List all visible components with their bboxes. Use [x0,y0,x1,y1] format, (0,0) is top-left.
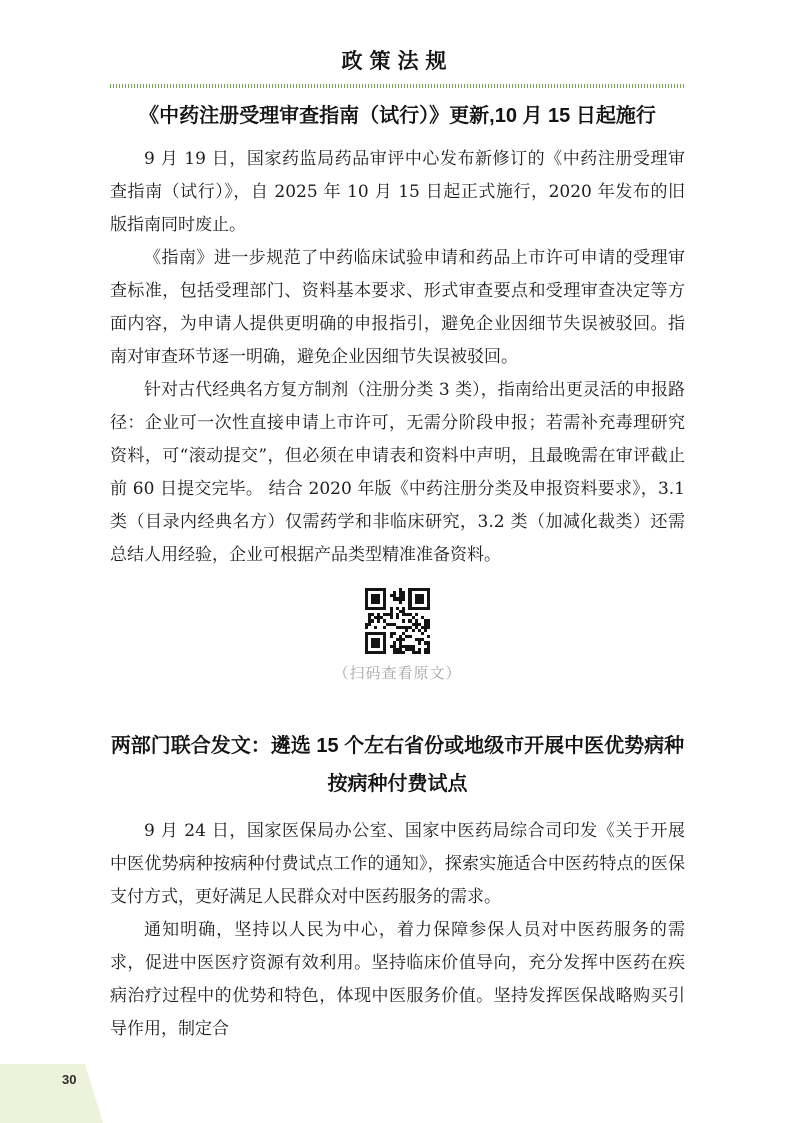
article-1-paragraph-3: 针对古代经典名方复方制剂（注册分类 3 类），指南给出更灵活的申报路径：企业可一… [110,374,685,572]
page-number: 30 [62,1072,76,1087]
section-header: 政策法规 [110,46,685,88]
section-divider [110,84,685,88]
page-number-tab: 30 [0,1064,110,1123]
article-tcm-payment-pilot: 两部门联合发文：遴选 15 个左右省份或地级市开展中医优势病种按病种付费试点 9… [110,727,685,1046]
qr-caption: （扫码查看原文） [110,663,685,683]
qr-code-image [365,588,431,654]
article-1-title: 《中药注册受理审查指南（试行）》更新,10 月 15 日起施行 [110,101,685,131]
article-1-body: 9 月 19 日，国家药监局药品审评中心发布新修订的《中药注册受理审查指南（试行… [110,143,685,572]
qr-figure: （扫码查看原文） [110,588,685,683]
article-2-paragraph-2: 通知明确，坚持以人民为中心，着力保障参保人员对中医药服务的需求，促进中医医疗资源… [110,914,685,1046]
document-page: 政策法规 《中药注册受理审查指南（试行）》更新,10 月 15 日起施行 9 月… [0,0,794,1123]
article-2-paragraph-1: 9 月 24 日，国家医保局办公室、国家中医药局综合司印发《关于开展中医优势病种… [110,815,685,914]
article-2-title: 两部门联合发文：遴选 15 个左右省份或地级市开展中医优势病种按病种付费试点 [110,727,685,803]
article-2-body: 9 月 24 日，国家医保局办公室、国家中医药局综合司印发《关于开展中医优势病种… [110,815,685,1046]
article-guideline-update: 《中药注册受理审查指南（试行）》更新,10 月 15 日起施行 9 月 19 日… [110,101,685,683]
section-header-label: 政策法规 [110,46,685,76]
article-1-paragraph-1: 9 月 19 日，国家药监局药品审评中心发布新修订的《中药注册受理审查指南（试行… [110,143,685,242]
article-1-paragraph-2: 《指南》进一步规范了中药临床试验申请和药品上市许可申请的受理审查标准，包括受理部… [110,242,685,374]
page-content: 政策法规 《中药注册受理审查指南（试行）》更新,10 月 15 日起施行 9 月… [0,0,794,1046]
